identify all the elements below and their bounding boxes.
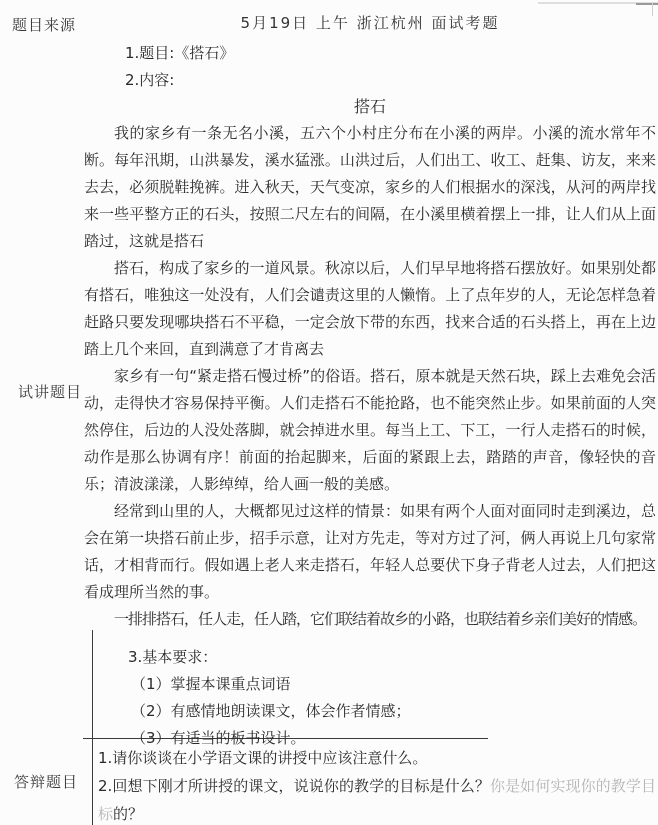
requirement-item-2: （2）有感情地朗读课文，体会作者情感；	[131, 698, 656, 725]
requirements-title: 3.基本要求：	[128, 644, 656, 671]
defense-question-2-tail: 的？	[113, 805, 143, 823]
defense-question-2-main: 2.回想下刚才所讲授的课文，说说你的教学的目标是什么？	[98, 777, 490, 795]
row-label-defense: 答辩题目	[14, 771, 78, 792]
lecture-item-title: 1.题目:《搭石》	[125, 40, 656, 67]
passage-title: 搭石	[84, 94, 656, 120]
row-label-trial-lecture: 试讲题目	[18, 381, 82, 402]
defense-questions-section: 1.请你谈谈在小学语文课的讲授中应该注意什么。 2.回想下刚才所讲授的课文，说说…	[84, 744, 656, 825]
lecture-content-area: 5月19日 上午 浙江杭州 面试考题 1.题目:《搭石》 2.内容: 搭石 我的…	[84, 12, 656, 633]
requirement-item-1: （1）掌握本课重点词语	[131, 671, 656, 698]
exam-source-header: 5月19日 上午 浙江杭州 面试考题	[84, 12, 656, 34]
basic-requirements-section: 3.基本要求： （1）掌握本课重点词语 （2）有感情地朗读课文，体会作者情感； …	[84, 644, 656, 752]
lecture-item-content-label: 2.内容:	[125, 67, 656, 94]
defense-question-2: 2.回想下刚才所讲授的课文，说说你的教学的目标是什么？你是如何实现你的教学目标的…	[98, 772, 656, 825]
table-border-top-right	[636, 3, 658, 5]
passage-body: 我的家乡有一条无名小溪，五六个小村庄分布在小溪的两岸。小溪的流水常年不断。每年汛…	[84, 120, 656, 633]
defense-question-1: 1.请你谈谈在小学语文课的讲授中应该注意什么。	[98, 744, 656, 772]
passage-paragraph-1: 我的家乡有一条无名小溪，五六个小村庄分布在小溪的两岸。小溪的流水常年不断。每年汛…	[84, 120, 656, 255]
exam-question-document: 题目来源 试讲题目 答辩题目 5月19日 上午 浙江杭州 面试考题 1.题目:《…	[0, 0, 658, 825]
passage-paragraph-5: 一排排搭石，任人走，任人踏，它们联结着故乡的小路，也联结着乡亲们美好的情感。	[84, 606, 656, 633]
passage-paragraph-4: 经常到山里的人，大概都见过这样的情景：如果有两个人面对面同时走到溪边，总会在第一…	[84, 498, 656, 606]
row-label-question-source: 题目来源	[12, 14, 76, 35]
passage-paragraph-3: 家乡有一句“紧走搭石慢过桥”的俗语。搭石，原本就是天然石块，踩上去难免会活动，走…	[84, 363, 656, 498]
passage-paragraph-2: 搭石，构成了家乡的一道风景。秋凉以后，人们早早地将搭石摆放好。如果别处都有搭石，…	[84, 255, 656, 363]
